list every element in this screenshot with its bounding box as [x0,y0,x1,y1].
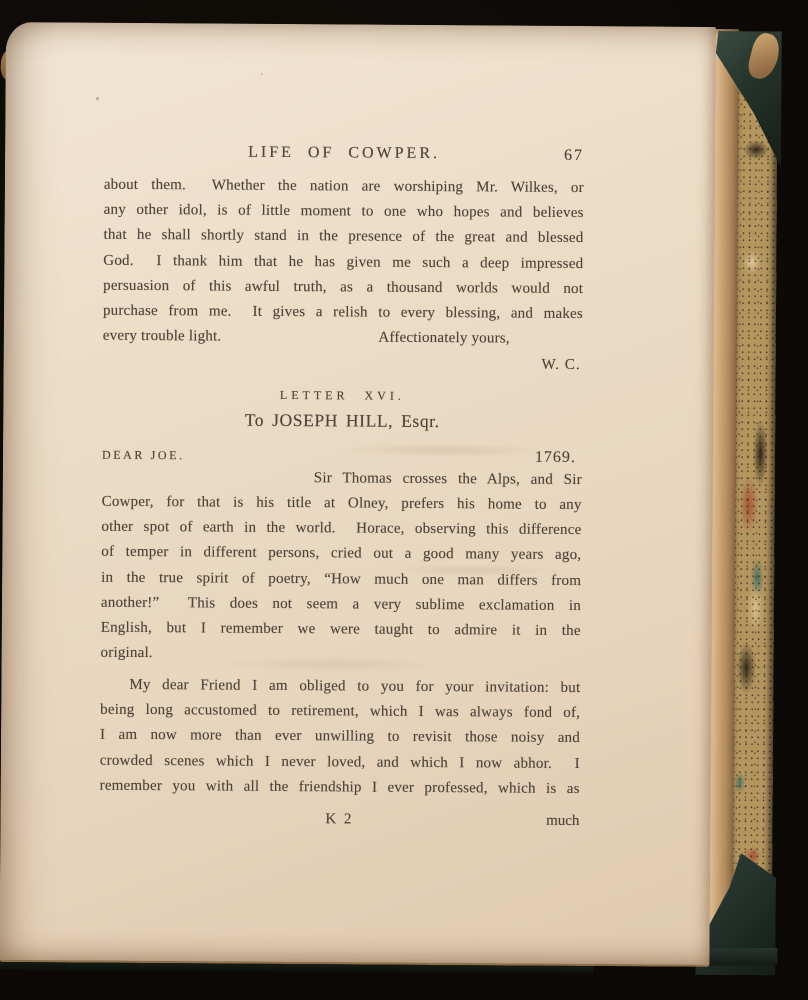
letter-body-paragraph: Cowper, for that is his title at Olney, … [101,490,582,645]
signature-mark: K 2 [325,811,353,827]
text-line: Cowper, for that is his title at Olney, … [102,490,582,519]
running-title: LIFE OF COWPER. [248,144,440,162]
text-line: I am now more than ever unwilling to rev… [100,723,580,752]
letter-date: 1769. [535,447,582,469]
text-line: God. I thank him that he has given me su… [103,248,583,277]
book: LIFE OF COWPER. 67 about them. Whether t… [0,20,780,973]
salutation: DEAR JOE. [102,444,185,467]
text-line: other spot of earth in the world. Horace… [101,515,581,544]
text-line: about them. Whether the nation are worsh… [104,173,584,202]
page-footer: K 2 much [99,806,579,833]
closing-line: every trouble light. Affectionately your… [103,324,583,353]
text-line: another!” This does not seem a very subl… [101,591,581,620]
letter-opening-line: Sir Thomas crosses the Alps, and Sir [314,466,582,493]
text-line: persuasion of this awful truth, as a tho… [103,274,583,303]
text-line: purchase from me. It gives a relish to e… [103,299,583,328]
paragraph-continuation: about them. Whether the nation are worsh… [103,173,584,328]
text-line: English, but I remember we were taught t… [101,616,581,645]
catchword: much [546,809,579,833]
valediction: Affectionately yours, [378,326,510,352]
text-line: My dear Friend I am obliged to you for y… [100,673,580,702]
text-line: being long accustomed to retirement, whi… [100,698,580,727]
page-text: LIFE OF COWPER. 67 about them. Whether t… [105,23,585,26]
text-line: remember you with all the friendship I e… [100,773,580,802]
page-number: 67 [564,147,584,165]
letter-heading: LETTER XVI. [102,386,582,405]
running-header: LIFE OF COWPER. 67 [104,143,584,170]
letter-second-paragraph: My dear Friend I am obliged to you for y… [100,673,581,802]
paragraph-last-line: original. [100,641,580,670]
text-line: of temper in different persons, cried ou… [101,540,581,569]
book-page: LIFE OF COWPER. 67 about them. Whether t… [0,22,716,967]
photo-background: LIFE OF COWPER. 67 about them. Whether t… [0,0,808,1000]
text-line: any other idol, is of little moment to o… [104,198,584,227]
text-line: that he shall shortly stand in the prese… [103,223,583,252]
letter-addressee: To JOSEPH HILL, Esqr. [102,407,582,434]
signature-initials: W. C. [103,350,583,379]
closing-left-text: every trouble light. [103,324,222,350]
text-line: in the true spirit of poetry, “How much … [101,565,581,594]
salutation-row: DEAR JOE. 1769. [102,444,582,469]
text-line: crowded scenes which I never loved, and … [100,748,580,777]
